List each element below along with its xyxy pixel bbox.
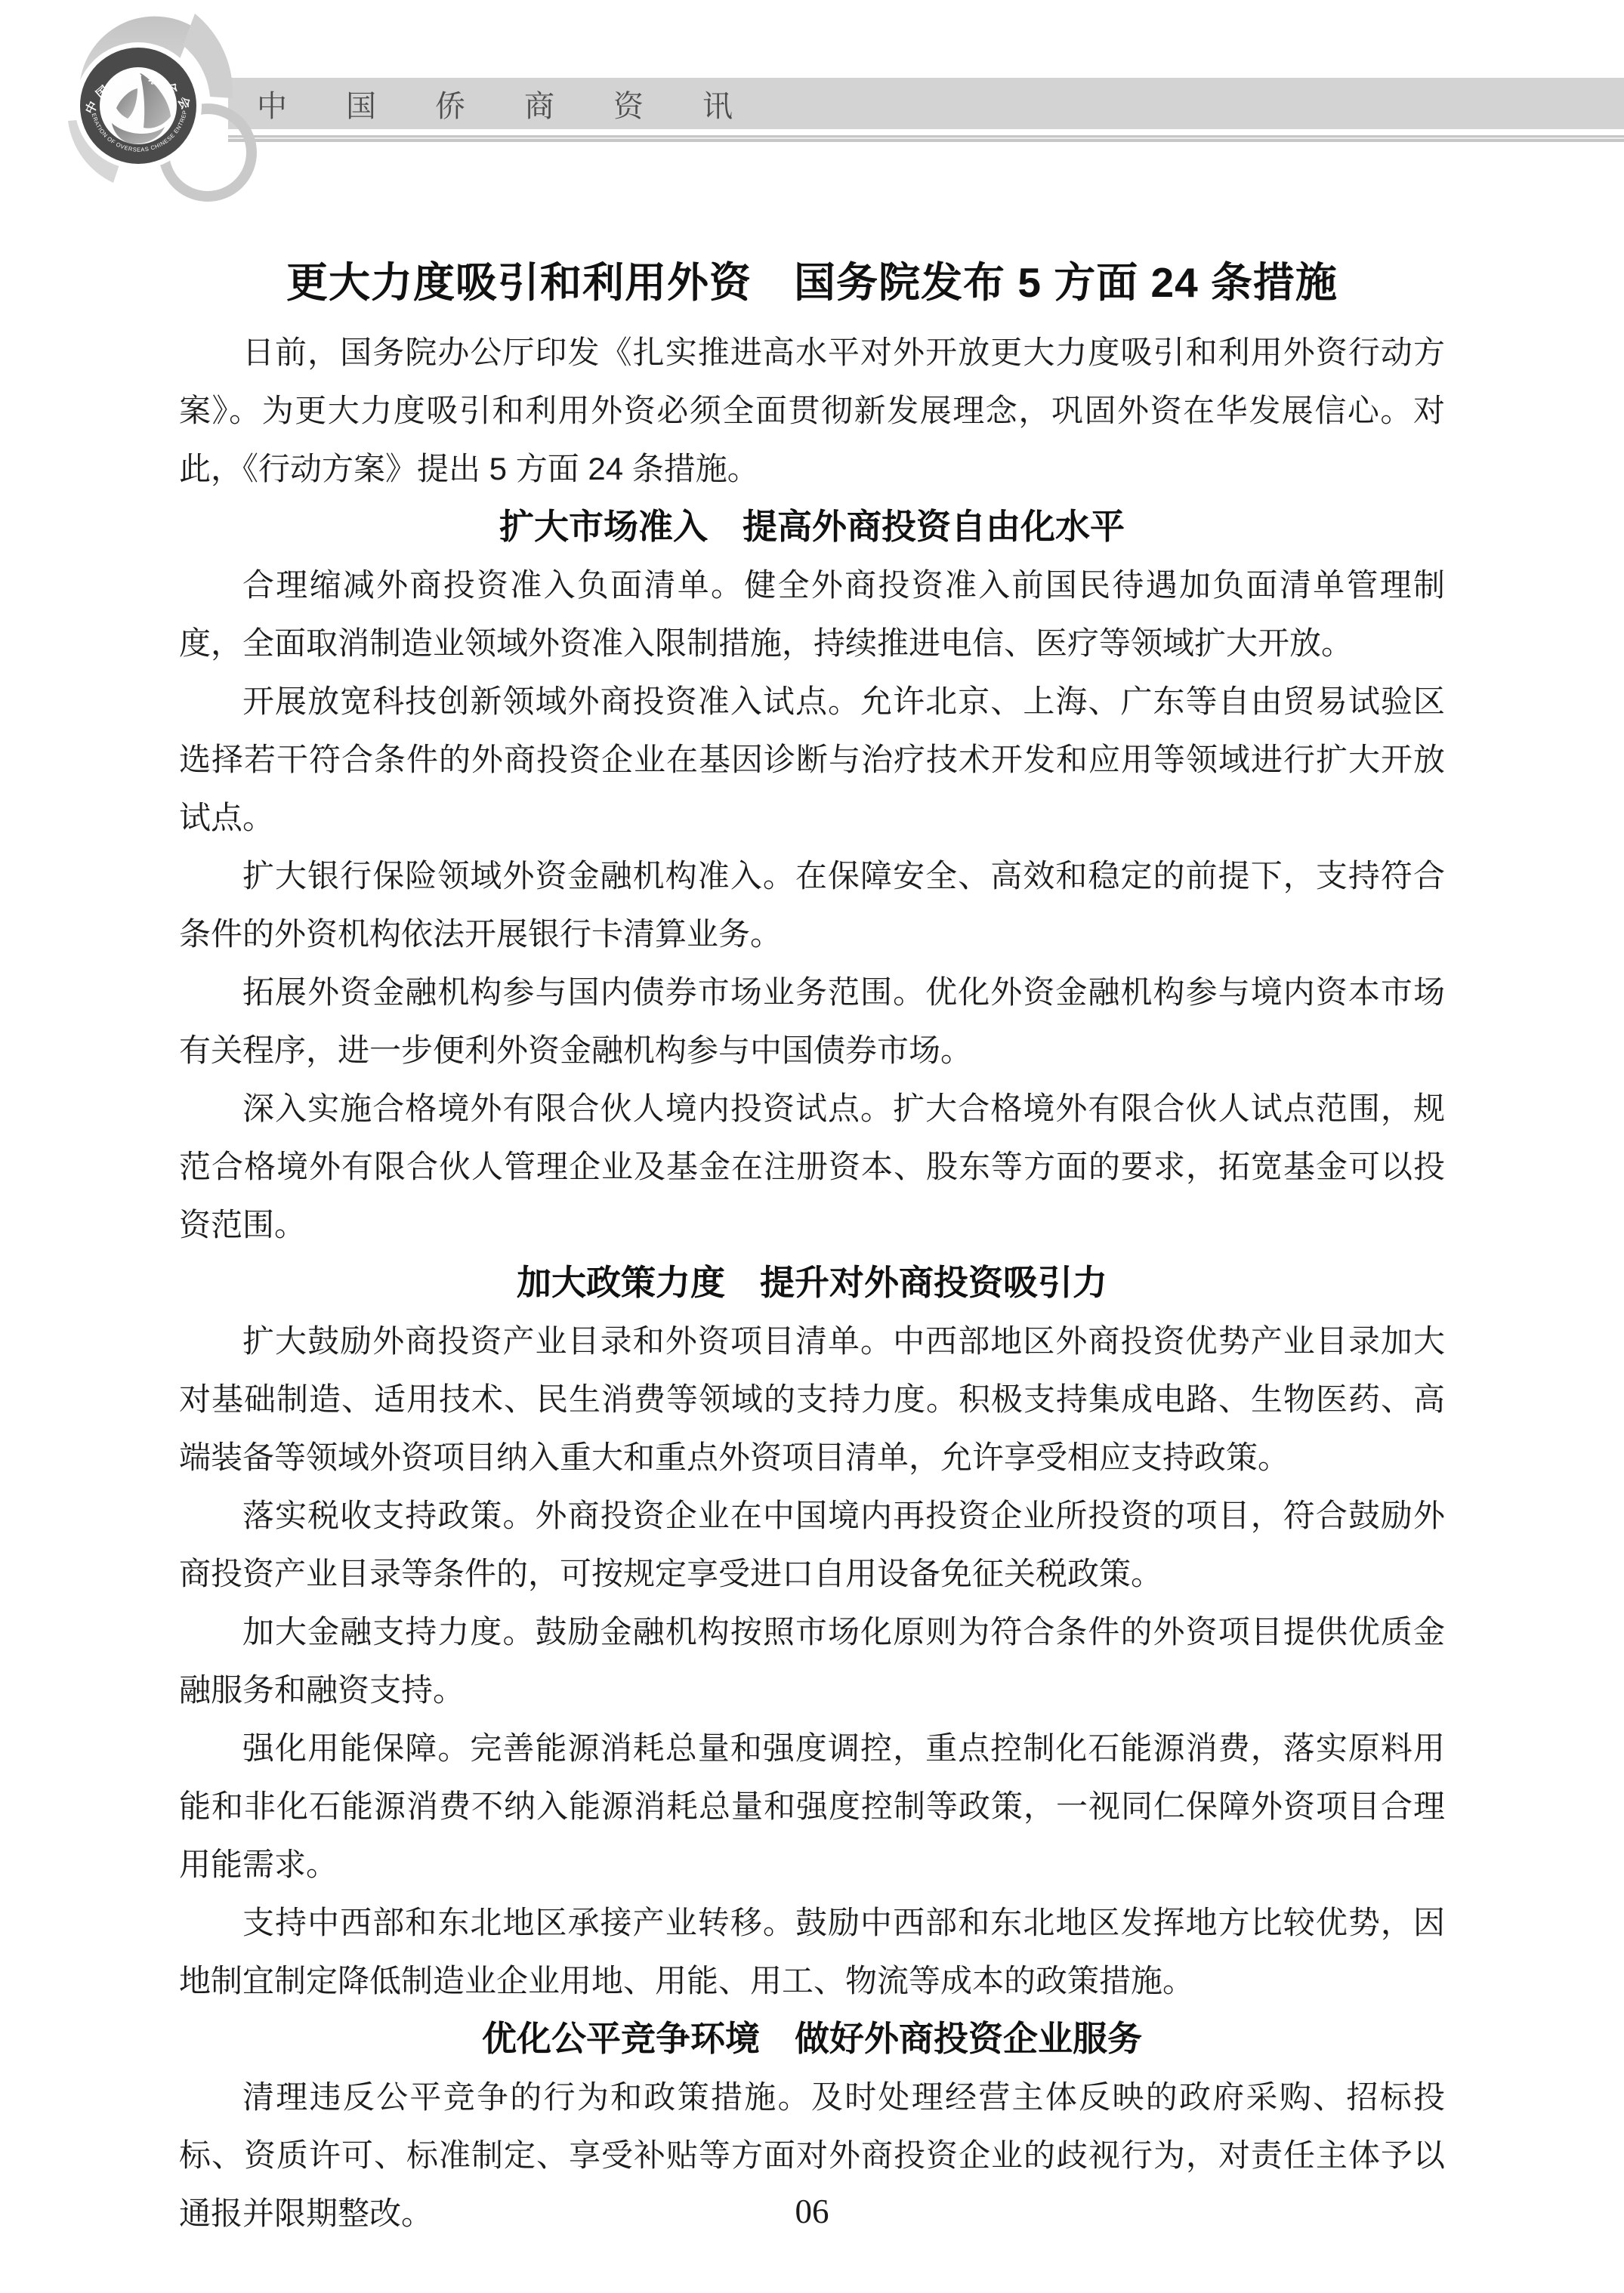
paragraph: 强化用能保障。完善能源消耗总量和强度调控，重点控制化石能源消费，落实原料用能和非… xyxy=(179,1719,1445,1893)
paragraph: 拓展外资金融机构参与国内债券市场业务范围。优化外资金融机构参与境内资本市场有关程… xyxy=(179,963,1445,1079)
federation-emblem-icon: 中国侨商联合会 CHINA FEDERATION OF OVERSEAS CHI… xyxy=(23,0,264,219)
section-heading: 加大政策力度 提升对外商投资吸引力 xyxy=(179,1254,1445,1312)
paragraph: 支持中西部和东北地区承接产业转移。鼓励中西部和东北地区发挥地方比较优势，因地制宜… xyxy=(179,1893,1445,2010)
paragraph: 日前，国务院办公厅印发《扎实推进高水平对外开放更大力度吸引和利用外资行动方案》。… xyxy=(179,323,1445,498)
banner-title: 中国侨商资讯 xyxy=(228,82,792,125)
page-number: 06 xyxy=(0,2192,1624,2231)
newsletter-page: 中国侨商资讯 xyxy=(0,0,1624,2293)
paragraph: 开展放宽科技创新领域外商投资准入试点。允许北京、上海、广东等自由贸易试验区选择若… xyxy=(179,672,1445,847)
section-heading: 优化公平竞争环境 做好外商投资企业服务 xyxy=(179,2010,1445,2068)
paragraph: 扩大银行保险领域外资金融机构准入。在保障安全、高效和稳定的前提下，支持符合条件的… xyxy=(179,847,1445,963)
paragraph: 扩大鼓励外商投资产业目录和外资项目清单。中西部地区外商投资优势产业目录加大对基础… xyxy=(179,1312,1445,1486)
article-title: 更大力度吸引和利用外资 国务院发布 5 方面 24 条措施 xyxy=(0,249,1624,309)
section-heading: 扩大市场准入 提高外商投资自由化水平 xyxy=(179,498,1445,556)
paragraph: 深入实施合格境外有限合伙人境内投资试点。扩大合格境外有限合伙人试点范围，规范合格… xyxy=(179,1079,1445,1254)
paragraph: 加大金融支持力度。鼓励金融机构按照市场化原则为符合条件的外资项目提供优质金融服务… xyxy=(179,1603,1445,1719)
article-body: 日前，国务院办公厅印发《扎实推进高水平对外开放更大力度吸引和利用外资行动方案》。… xyxy=(179,323,1445,2242)
header-rule-line xyxy=(228,135,1624,142)
paragraph: 合理缩减外商投资准入负面清单。健全外商投资准入前国民待遇加负面清单管理制度，全面… xyxy=(179,556,1445,672)
paragraph: 落实税收支持政策。外商投资企业在中国境内再投资企业所投资的项目，符合鼓励外商投资… xyxy=(179,1486,1445,1603)
logo-container: 中国侨商联合会 CHINA FEDERATION OF OVERSEAS CHI… xyxy=(23,0,264,219)
header-banner: 中国侨商资讯 xyxy=(228,78,1624,129)
